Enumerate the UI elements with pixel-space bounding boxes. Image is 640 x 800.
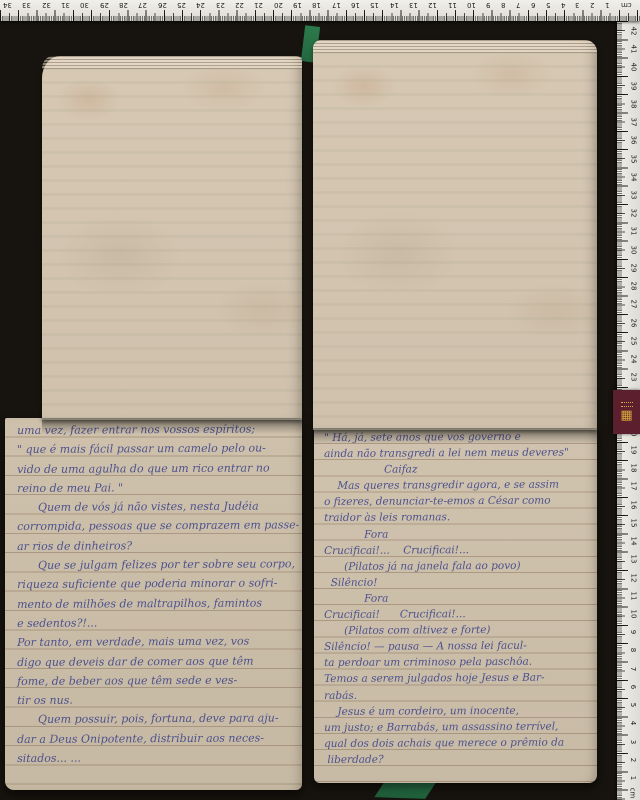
ruler-number: 23 bbox=[216, 0, 225, 10]
ruler-number: 13 bbox=[629, 555, 637, 564]
ruler-number: 14 bbox=[390, 0, 399, 10]
ruler-number: 38 bbox=[629, 99, 637, 108]
handwriting-line: tir os nus. bbox=[17, 689, 298, 710]
ruler-number: 15 bbox=[370, 0, 379, 10]
handwriting-line: dar a Deus Onipotente, distribuir aos ne… bbox=[17, 728, 298, 749]
ruler-number: 10 bbox=[629, 610, 637, 619]
ruler-number: 13 bbox=[409, 0, 418, 10]
ruler-number: 37 bbox=[629, 118, 637, 127]
ruler-number: 34 bbox=[629, 172, 637, 181]
handwriting-line: digo que deveis dar de comer aos que têm bbox=[17, 651, 298, 672]
handwriting-line: rabás. bbox=[324, 686, 593, 704]
handwriting-line: e sedentos?!... bbox=[17, 612, 298, 633]
handwriting-line: " que é mais fácil passar um camelo pelo… bbox=[17, 439, 298, 460]
handwriting-line: Fora bbox=[324, 525, 593, 543]
ruler-number: 42 bbox=[629, 27, 637, 36]
ruler-number: 12 bbox=[629, 573, 637, 582]
ruler-number: 40 bbox=[629, 63, 637, 72]
ruler-number: 25 bbox=[629, 336, 637, 345]
page-stack-edges bbox=[42, 56, 302, 69]
ruler-number: 12 bbox=[428, 0, 437, 10]
stamp-emblem-icon: ▦ bbox=[620, 409, 632, 422]
ruler-number: 22 bbox=[235, 0, 244, 10]
handwriting-line: fome, de beber aos que têm sede e ves- bbox=[17, 670, 298, 691]
ruler-number: 11 bbox=[448, 0, 457, 10]
ruler-number: 26 bbox=[629, 318, 637, 327]
page-stack-edges bbox=[313, 40, 597, 53]
ruler-number: 3 bbox=[575, 0, 579, 10]
ruler-number: 19 bbox=[629, 446, 637, 455]
ruler-number: 9 bbox=[486, 0, 490, 10]
ruler-number: 2 bbox=[629, 758, 637, 762]
handwriting-line: Silêncio! bbox=[324, 573, 593, 591]
handwriting-line: Que se julgam felizes por ter sobre seu … bbox=[17, 554, 298, 575]
top-ruler: 3433323130292827262524232221201918171615… bbox=[0, 0, 640, 21]
ruler-number: 24 bbox=[629, 354, 637, 363]
ruler-number: 16 bbox=[351, 0, 360, 10]
handwriting-line: Quem possuir, pois, fortuna, deve para a… bbox=[17, 709, 298, 730]
handwriting-line: (Pilatos com altivez e forte) bbox=[324, 621, 593, 639]
ruler-number: 28 bbox=[629, 282, 637, 291]
ruler-number: 23 bbox=[629, 373, 637, 382]
ruler-number: 35 bbox=[629, 154, 637, 163]
handwriting-line: Temos a serem julgados hoje Jesus e Bar- bbox=[324, 670, 593, 688]
ruler-number: 25 bbox=[177, 0, 186, 10]
handwriting-line: Por tanto, em verdade, mais uma vez, vos bbox=[17, 632, 298, 653]
ruler-number: 15 bbox=[629, 518, 637, 527]
ruler-number: 8 bbox=[501, 0, 505, 10]
handwriting-line: " Há, já, sete anos que vos governo e bbox=[324, 428, 593, 446]
ruler-number: 16 bbox=[629, 500, 637, 509]
handwriting-line: liberdade? bbox=[324, 750, 593, 768]
scan-photograph: uma vez, fazer entrar nos vossos espírit… bbox=[0, 0, 640, 800]
left-page-blank-verso bbox=[42, 56, 302, 420]
ruler-number: 5 bbox=[546, 0, 550, 10]
ruler-number: 32 bbox=[42, 0, 51, 10]
top-ruler-numbers: 3433323130292827262524232221201918171615… bbox=[3, 0, 610, 10]
right-page-blank-verso bbox=[313, 40, 597, 430]
handwriting-line: um justo; e Barrabás, um assassino terrí… bbox=[324, 718, 593, 736]
handwriting-line: (Pilatos já na janela fala ao povo) bbox=[324, 557, 593, 575]
ruler-unit-label: cm bbox=[629, 788, 637, 799]
ruler-number: 1 bbox=[605, 0, 609, 10]
ruler-number: 33 bbox=[629, 191, 637, 200]
ruler-number: 29 bbox=[629, 263, 637, 272]
handwriting-line: Quem de vós já não vistes, nesta Judéia bbox=[17, 496, 298, 517]
handwriting-line: ainda não transgredi a lei nem meus deve… bbox=[324, 444, 593, 462]
ruler-number: 14 bbox=[629, 537, 637, 546]
ruler-number: 3 bbox=[629, 739, 637, 743]
ruler-number: 7 bbox=[516, 0, 520, 10]
handwriting-line: Jesus é um cordeiro, um inocente, bbox=[324, 702, 593, 720]
ruler-number: 10 bbox=[467, 0, 476, 10]
archive-stamp: ▦ bbox=[613, 390, 640, 434]
ruler-number: 26 bbox=[158, 0, 167, 10]
ruler-number: 6 bbox=[531, 0, 535, 10]
handwriting-line: sitados... ... bbox=[17, 747, 298, 768]
ruler-number: 41 bbox=[629, 45, 637, 54]
handwriting-line: Crucificai!... Crucificai!... bbox=[324, 541, 593, 559]
handwriting-line: traidor às leis romanas. bbox=[324, 509, 593, 527]
ruler-number: 30 bbox=[629, 245, 637, 254]
handwriting-line: Crucificai! Crucificai!... bbox=[324, 605, 593, 623]
ruler-number: 27 bbox=[629, 300, 637, 309]
ruler-number: 11 bbox=[629, 591, 637, 600]
ruler-number: 1 bbox=[629, 776, 637, 780]
ruler-number: 20 bbox=[274, 0, 283, 10]
left-page-manuscript: uma vez, fazer entrar nos vossos espírit… bbox=[5, 418, 302, 790]
ruler-number: 4 bbox=[629, 721, 637, 725]
ruler-number: 18 bbox=[629, 464, 637, 473]
right-page-text: " Há, já, sete anos que vos governo eain… bbox=[314, 428, 597, 783]
ruler-number: 19 bbox=[293, 0, 302, 10]
handwriting-line: uma vez, fazer entrar nos vossos espírit… bbox=[17, 419, 298, 440]
right-page-manuscript: " Há, já, sete anos que vos governo eain… bbox=[314, 428, 597, 783]
handwriting-line: vido de uma agulha do que um rico entrar… bbox=[17, 458, 298, 479]
ruler-number: 30 bbox=[80, 0, 89, 10]
ruler-number: 34 bbox=[3, 0, 12, 10]
handwriting-line: qual dos dois achais que merece o prêmio… bbox=[324, 734, 593, 752]
left-page-text: uma vez, fazer entrar nos vossos espírit… bbox=[5, 418, 302, 790]
handwriting-line: mento de milhões de maltrapilhos, famint… bbox=[17, 593, 298, 614]
ruler-number: 5 bbox=[629, 703, 637, 707]
ruler-number: 28 bbox=[119, 0, 128, 10]
ruler-number: 27 bbox=[138, 0, 147, 10]
stamp-text-mark bbox=[621, 402, 633, 407]
handwriting-line: ar rios de dinheiros? bbox=[17, 535, 298, 556]
handwriting-line: riqueza suficiente que poderia minorar o… bbox=[17, 574, 298, 595]
ruler-number: 6 bbox=[629, 685, 637, 689]
ruler-number: 7 bbox=[629, 666, 637, 670]
ruler-number: 4 bbox=[561, 0, 565, 10]
ruler-number: 39 bbox=[629, 81, 637, 90]
ruler-number: 24 bbox=[196, 0, 205, 10]
ruler-unit-label: cm bbox=[621, 0, 632, 10]
ruler-number: 8 bbox=[629, 648, 637, 652]
ruler-number: 21 bbox=[254, 0, 263, 10]
ruler-number: 2 bbox=[590, 0, 594, 10]
handwriting-line: Fora bbox=[324, 589, 593, 607]
ruler-number: 17 bbox=[332, 0, 341, 10]
handwriting-line: reino de meu Pai. " bbox=[17, 477, 298, 498]
ruler-number: 36 bbox=[629, 136, 637, 145]
ruler-number: 17 bbox=[629, 482, 637, 491]
ruler-number: 33 bbox=[22, 0, 31, 10]
ruler-number: 29 bbox=[100, 0, 109, 10]
handwriting-line: corrompida, pessoas que se comprazem em … bbox=[17, 516, 298, 537]
ruler-number: 9 bbox=[629, 630, 637, 634]
ruler-number: 31 bbox=[629, 227, 637, 236]
ruler-number: 32 bbox=[629, 209, 637, 218]
ruler-number: 31 bbox=[61, 0, 70, 10]
ruler-number: 18 bbox=[312, 0, 321, 10]
